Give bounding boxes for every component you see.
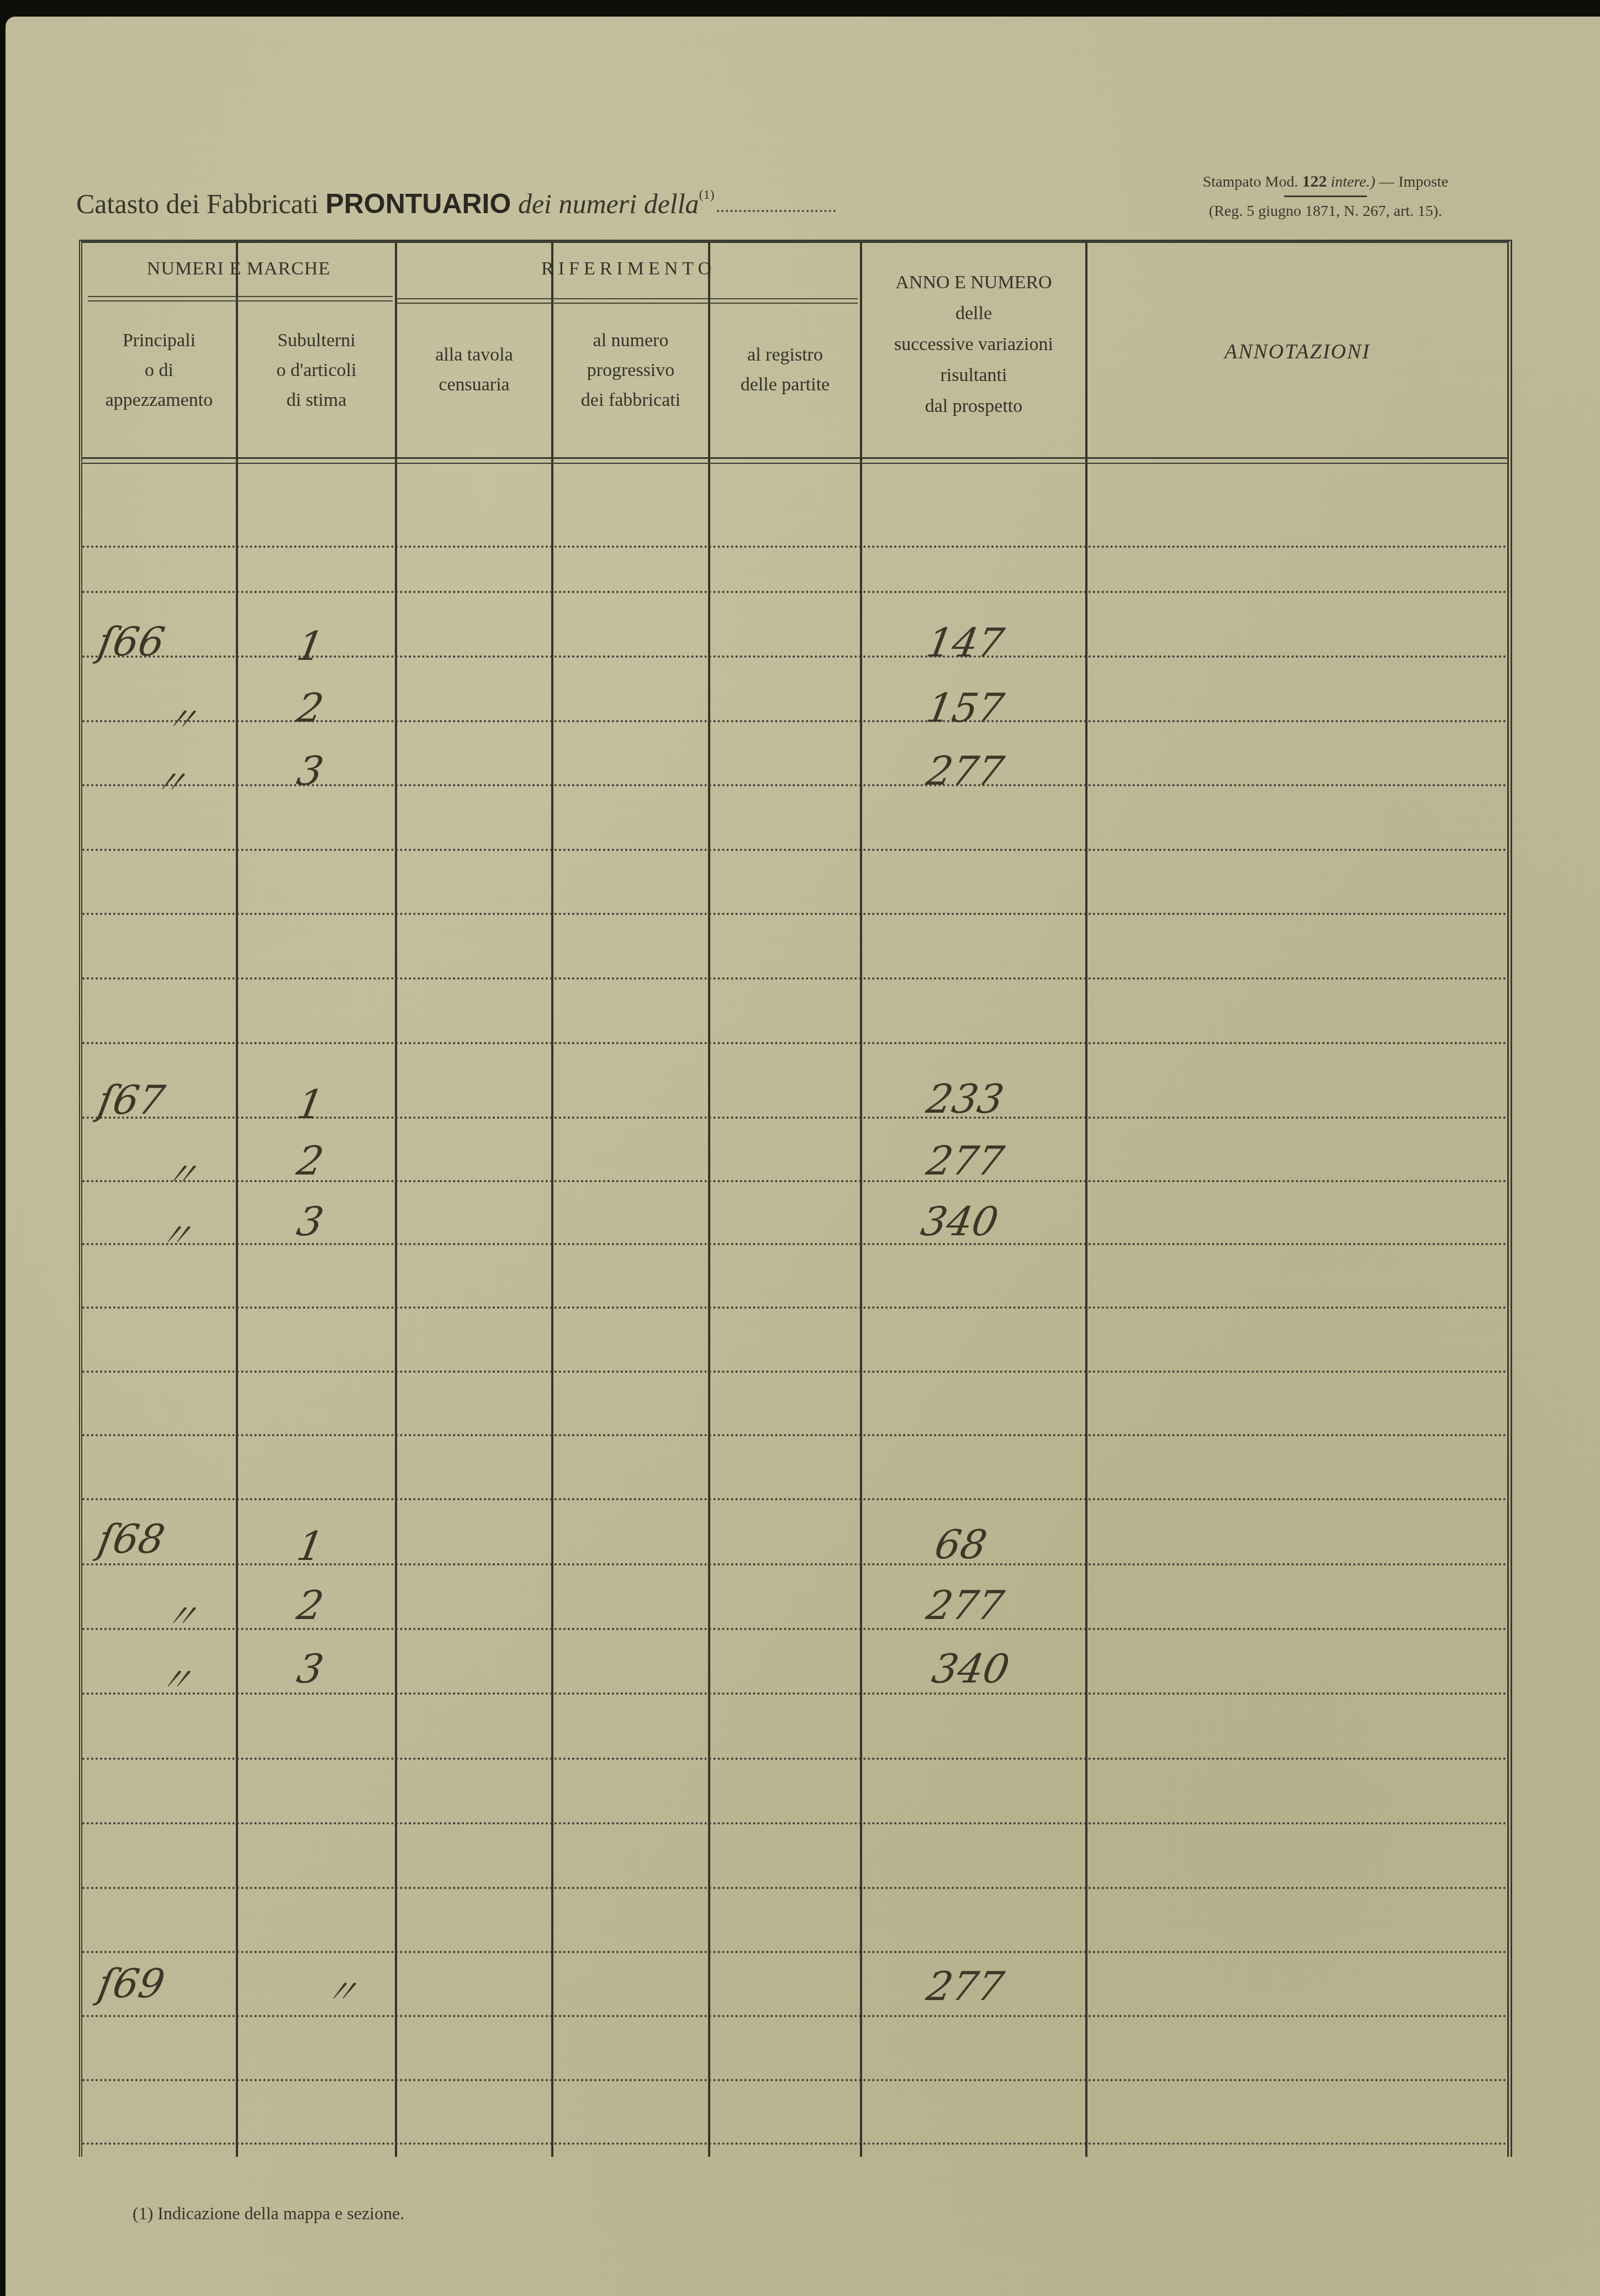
col-header-annotazioni: ANNOTAZIONI <box>1087 337 1507 367</box>
ruled-line <box>82 1758 1507 1760</box>
entry-anno-numero: 277 <box>923 1138 1007 1184</box>
entry-subalterno: 3 <box>294 748 328 794</box>
form-suffix: — Imposte <box>1379 173 1448 191</box>
group-underline <box>397 298 858 304</box>
entry-principale: ſ67 <box>95 1077 168 1123</box>
form-number: 122 <box>1302 172 1327 191</box>
ruled-line <box>82 913 1507 915</box>
entry-ditto-mark: 〃 <box>321 1966 362 2013</box>
title-blank-field <box>717 210 836 212</box>
header-line: o di <box>82 356 236 385</box>
entry-anno-numero: 277 <box>923 1582 1007 1628</box>
entry-ditto-mark: 〃 <box>155 1209 197 1257</box>
entry-anno-numero: 233 <box>923 1076 1007 1122</box>
ruled-line <box>82 2079 1507 2081</box>
header-line: al numero <box>553 326 708 356</box>
entry-anno-numero: 340 <box>918 1198 1002 1245</box>
entry-subalterno: 2 <box>294 685 328 731</box>
header-line: successive variazioni <box>862 329 1085 360</box>
form-line-1: Stampato Mod. 122 intere.) — Imposte <box>1171 172 1480 191</box>
ruled-line <box>82 1498 1507 1500</box>
entry-ditto-mark: 〃 <box>161 1590 202 1638</box>
entry-subalterno: 1 <box>294 1523 328 1569</box>
entry-ditto-mark: 〃 <box>150 756 191 804</box>
col-header-anno-numero: ANNO E NUMERO delle successive variazion… <box>862 267 1085 422</box>
form-prefix: Stampato Mod. <box>1203 173 1298 191</box>
col-header-numero: al numero progressivo dei fabbricati <box>553 326 708 415</box>
ruled-line <box>82 1042 1507 1044</box>
entry-subalterno: 2 <box>294 1138 328 1184</box>
entry-anno-numero: 68 <box>932 1521 990 1568</box>
ruled-line <box>82 1371 1507 1373</box>
entry-subalterno: 1 <box>294 623 328 669</box>
header-line: censuaria <box>397 370 551 400</box>
header-line: Principali <box>82 326 236 356</box>
page-title: Catasto dei Fabbricati PRONTUARIO dei nu… <box>76 188 836 220</box>
entry-subalterno: 3 <box>294 1198 328 1245</box>
col-divider <box>551 243 553 2157</box>
entry-ditto-mark: 〃 <box>161 694 202 741</box>
form-divider <box>1284 195 1367 197</box>
entry-ditto-mark: 〃 <box>161 1149 202 1196</box>
header-line: al registro <box>710 340 860 370</box>
entry-anno-numero: 277 <box>923 1963 1007 2009</box>
entry-subalterno: 3 <box>294 1646 328 1692</box>
col-header-subalterni: Subulterni o d'articoli di stima <box>238 326 395 415</box>
header-line: progressivo <box>553 356 708 385</box>
ruled-line <box>82 1887 1507 1889</box>
title-prefix: Catasto dei Fabbricati <box>76 188 319 219</box>
entry-anno-numero: 147 <box>923 620 1007 666</box>
ruled-line <box>82 1692 1507 1695</box>
ruled-line <box>82 546 1507 548</box>
group-underline <box>88 296 393 301</box>
header-line: Subulterni <box>238 326 395 356</box>
header-line: dal prospetto <box>862 391 1085 422</box>
group-header-riferimento: RIFERIMENTO <box>397 254 860 284</box>
header-line: risultanti <box>862 360 1085 391</box>
form-italic: intere.) <box>1330 173 1375 191</box>
ruled-line <box>82 1822 1507 1824</box>
ruled-line <box>82 591 1507 593</box>
header-line: alla tavola <box>397 340 551 370</box>
ruled-line <box>82 849 1507 851</box>
form-line-2: (Reg. 5 giugno 1871, N. 267, art. 15). <box>1171 203 1480 220</box>
ruled-line <box>82 1434 1507 1436</box>
ruled-line <box>82 1951 1507 1953</box>
ruled-line <box>82 2015 1507 2017</box>
footnote: (1) Indicazione della mappa e sezione. <box>133 2203 404 2224</box>
form-reference: Stampato Mod. 122 intere.) — Imposte (Re… <box>1171 172 1480 220</box>
col-divider <box>395 243 397 2157</box>
col-header-tavola: alla tavola censuaria <box>397 340 551 400</box>
entry-anno-numero: 277 <box>923 748 1007 794</box>
header-line: di stima <box>238 385 395 415</box>
header-line: o d'articoli <box>238 356 395 385</box>
entry-principale: ſ69 <box>95 1960 168 2007</box>
entry-anno-numero: 340 <box>929 1646 1013 1692</box>
entry-subalterno: 2 <box>294 1582 328 1628</box>
entry-principale: ſ68 <box>95 1516 168 1562</box>
prontuario-table: NUMERI E MARCHE RIFERIMENTO Principali o… <box>79 240 1512 2157</box>
ruled-line <box>82 1306 1507 1309</box>
header-line: delle partite <box>710 370 860 400</box>
col-divider <box>708 243 710 2157</box>
header-line: appezzamento <box>82 385 236 415</box>
col-header-registro: al registro delle partite <box>710 340 860 400</box>
ruled-line <box>82 977 1507 980</box>
footnote-mark: (1) <box>699 188 715 202</box>
group-header-numeri-e-marche: NUMERI E MARCHE <box>82 254 395 284</box>
header-line: delle <box>862 298 1085 329</box>
header-divider <box>82 457 1507 464</box>
col-divider <box>236 243 238 2157</box>
title-italic: dei numeri della <box>518 188 699 219</box>
entry-subalterno: 1 <box>294 1081 328 1128</box>
title-bold: PRONTUARIO <box>325 188 511 219</box>
header-line: ANNO E NUMERO <box>862 267 1085 298</box>
entry-anno-numero: 157 <box>923 685 1007 731</box>
header-line: dei fabbricati <box>553 385 708 415</box>
col-divider <box>860 243 862 2157</box>
entry-principale: ſ66 <box>95 618 168 665</box>
col-divider <box>1085 243 1087 2157</box>
ruled-line <box>82 2142 1507 2145</box>
col-header-principali: Principali o di appezzamento <box>82 326 236 415</box>
